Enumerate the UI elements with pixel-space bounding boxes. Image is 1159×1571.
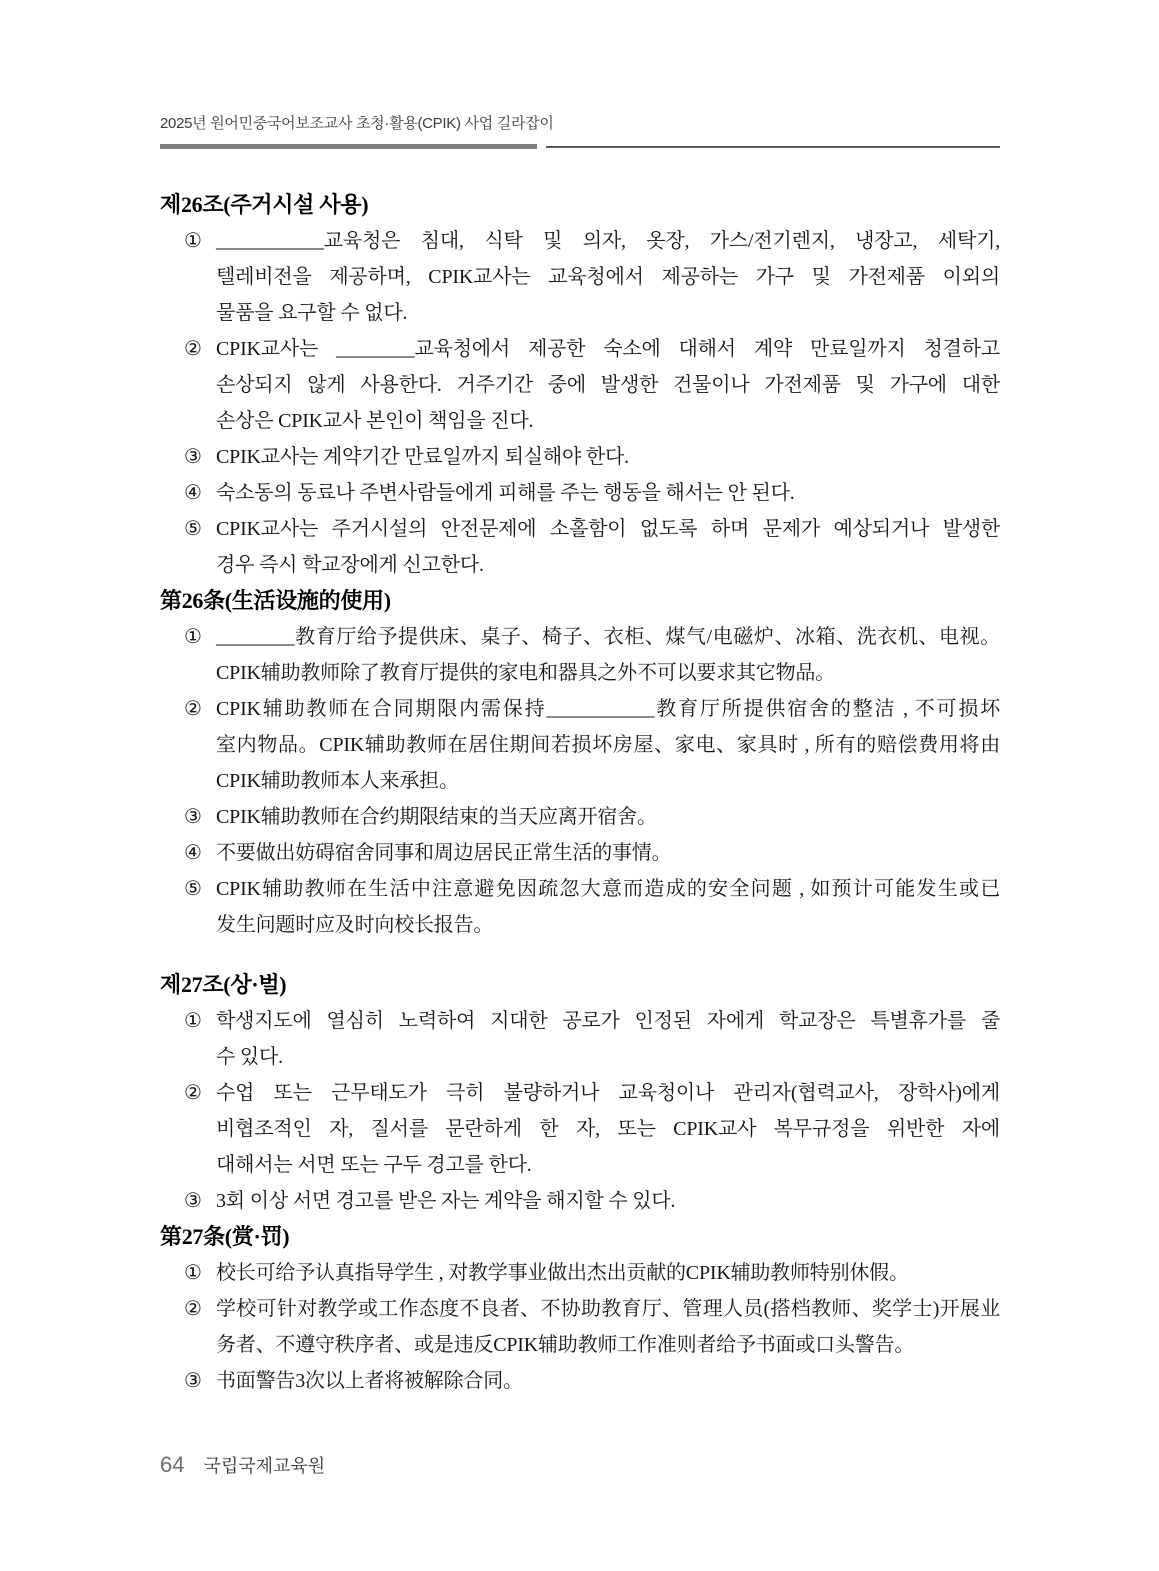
text-line: CPIK辅助教师在合同期限内需保持___________教育厅所提供宿舍的整洁 … [216, 691, 1000, 727]
section-article26-zh: 第26条(生活设施的使用) ① ________教育厅给予提供床、桌子、椅子、衣… [160, 583, 1000, 943]
list-item: ② CPIK교사는 ________교육청에서 제공한 숙소에 대해서 계약 만… [160, 331, 1000, 439]
text-line: 校长可给予认真指导学生 , 对教学事业做出杰出贡献的CPIK辅助教师特别休假。 [216, 1255, 1000, 1291]
item-text: 学校可针对教学或工作态度不良者、不协助教育厅、管理人员(搭档教师、奖学士)开展业… [216, 1291, 1000, 1363]
list-item: ⑤ CPIK辅助教师在生活中注意避免因疏忽大意而造成的安全问题 , 如预计可能发… [160, 871, 1000, 943]
text-line: 务者、不遵守秩序者、或是违反CPIK辅助教师工作准则者给予书面或口头警告。 [216, 1327, 1000, 1363]
header-title: 2025년 원어민중국어보조교사 초청·활용(CPIK) 사업 길라잡이 [160, 112, 1000, 133]
list-item: ② CPIK辅助教师在合同期限内需保持___________教育厅所提供宿舍的整… [160, 691, 1000, 799]
text-line: 손상은 CPIK교사 본인이 책임을 진다. [216, 403, 1000, 439]
item-text: CPIK교사는 ________교육청에서 제공한 숙소에 대해서 계약 만료일… [216, 331, 1000, 439]
item-marker: ③ [184, 1183, 202, 1219]
text-line: 不要做出妨碍宿舍同事和周边居民正常生活的事情。 [216, 835, 1000, 871]
text-line: 3회 이상 서면 경고를 받은 자는 계약을 해지할 수 있다. [216, 1183, 1000, 1219]
item-list: ① 학생지도에 열심히 노력하여 지대한 공로가 인정된 자에게 학교장은 특별… [160, 1003, 1000, 1219]
list-item: ③ CPIK교사는 계약기간 만료일까지 퇴실해야 한다. [160, 439, 1000, 475]
item-text: CPIK교사는 주거시설의 안전문제에 소홀함이 없도록 하며 문제가 예상되거… [216, 511, 1000, 583]
header-rule-thick [160, 144, 537, 149]
text-line: CPIK교사는 계약기간 만료일까지 퇴실해야 한다. [216, 439, 1000, 475]
text-line: 书面警告3次以上者将被解除合同。 [216, 1363, 1000, 1399]
text-line: CPIK辅助教师在合约期限结束的当天应离开宿舍。 [216, 799, 1000, 835]
text-line: CPIK교사는 ________교육청에서 제공한 숙소에 대해서 계약 만료일… [216, 331, 1000, 367]
item-text: ________教育厅给予提供床、桌子、椅子、衣柜、煤气/电磁炉、冰箱、洗衣机、… [216, 619, 1000, 691]
item-marker: ① [184, 619, 202, 655]
text-line: CPIK辅助教师除了教育厅提供的家电和器具之外不可以要求其它物品。 [216, 655, 1000, 691]
section-title-article27-ko: 제27조(상·벌) [160, 967, 1000, 1003]
header-rule [160, 144, 1000, 149]
item-list: ① 校长可给予认真指导学生 , 对教学事业做出杰出贡献的CPIK辅助教师特别休假… [160, 1255, 1000, 1399]
list-item: ⑤ CPIK교사는 주거시설의 안전문제에 소홀함이 없도록 하며 문제가 예상… [160, 511, 1000, 583]
text-line: 비협조적인 자, 질서를 문란하게 한 자, 또는 CPIK교사 복무규정을 위… [216, 1111, 1000, 1147]
section-article27-zh: 第27条(赏·罚) ① 校长可给予认真指导学生 , 对教学事业做出杰出贡献的CP… [160, 1219, 1000, 1399]
item-marker: ① [184, 223, 202, 259]
text-line: 경우 즉시 학교장에게 신고한다. [216, 547, 1000, 583]
item-marker: ④ [184, 835, 202, 871]
item-text: CPIK辅助教师在合同期限内需保持___________教育厅所提供宿舍的整洁 … [216, 691, 1000, 799]
item-marker: ① [184, 1255, 202, 1291]
list-item: ① ___________교육청은 침대, 식탁 및 의자, 옷장, 가스/전기… [160, 223, 1000, 331]
item-list: ① ________教育厅给予提供床、桌子、椅子、衣柜、煤气/电磁炉、冰箱、洗衣… [160, 619, 1000, 943]
item-marker: ③ [184, 439, 202, 475]
item-text: ___________교육청은 침대, 식탁 및 의자, 옷장, 가스/전기렌지… [216, 223, 1000, 331]
item-marker: ② [184, 1291, 202, 1327]
item-marker: ⑤ [184, 511, 202, 547]
list-item: ③ CPIK辅助教师在合约期限结束的当天应离开宿舍。 [160, 799, 1000, 835]
section-title-article27-zh: 第27条(赏·罚) [160, 1219, 1000, 1255]
item-text: 书面警告3次以上者将被解除合同。 [216, 1363, 1000, 1399]
section-title-article26-ko: 제26조(주거시설 사용) [160, 187, 1000, 223]
list-item: ① ________教育厅给予提供床、桌子、椅子、衣柜、煤气/电磁炉、冰箱、洗衣… [160, 619, 1000, 691]
text-line: 수업 또는 근무태도가 극히 불량하거나 교육청이나 관리자(협력교사, 장학사… [216, 1075, 1000, 1111]
item-text: CPIK辅助教师在合约期限结束的当天应离开宿舍。 [216, 799, 1000, 835]
page-footer: 64 국립국제교육원 [160, 1452, 325, 1478]
text-line: 대해서는 서면 또는 구두 경고를 한다. [216, 1147, 1000, 1183]
text-line: 학생지도에 열심히 노력하여 지대한 공로가 인정된 자에게 학교장은 특별휴가… [216, 1003, 1000, 1039]
item-text: 校长可给予认真指导学生 , 对教学事业做出杰出贡献的CPIK辅助教师特别休假。 [216, 1255, 1000, 1291]
list-item: ③ 书面警告3次以上者将被解除合同。 [160, 1363, 1000, 1399]
section-article26-ko: 제26조(주거시설 사용) ① ___________교육청은 침대, 식탁 및… [160, 187, 1000, 583]
list-item: ② 学校可针对教学或工作态度不良者、不协助教育厅、管理人员(搭档教师、奖学士)开… [160, 1291, 1000, 1363]
document-page: 2025년 원어민중국어보조교사 초청·활용(CPIK) 사업 길라잡이 제26… [0, 0, 1159, 1571]
list-item: ① 학생지도에 열심히 노력하여 지대한 공로가 인정된 자에게 학교장은 특별… [160, 1003, 1000, 1075]
page-header: 2025년 원어민중국어보조교사 초청·활용(CPIK) 사업 길라잡이 [160, 112, 1000, 149]
text-line: ________教育厅给予提供床、桌子、椅子、衣柜、煤气/电磁炉、冰箱、洗衣机、… [216, 619, 1000, 655]
item-marker: ② [184, 1075, 202, 1111]
text-line: 손상되지 않게 사용한다. 거주기간 중에 발생한 건물이나 가전제품 및 가구… [216, 367, 1000, 403]
section-article27-ko: 제27조(상·벌) ① 학생지도에 열심히 노력하여 지대한 공로가 인정된 자… [160, 967, 1000, 1219]
item-marker: ② [184, 691, 202, 727]
item-text: 숙소동의 동료나 주변사람들에게 피해를 주는 행동을 해서는 안 된다. [216, 475, 1000, 511]
list-item: ④ 숙소동의 동료나 주변사람들에게 피해를 주는 행동을 해서는 안 된다. [160, 475, 1000, 511]
text-line: CPIK교사는 주거시설의 안전문제에 소홀함이 없도록 하며 문제가 예상되거… [216, 511, 1000, 547]
footer-org: 국립국제교육원 [203, 1452, 325, 1478]
item-marker: ① [184, 1003, 202, 1039]
text-line: ___________교육청은 침대, 식탁 및 의자, 옷장, 가스/전기렌지… [216, 223, 1000, 259]
item-marker: ③ [184, 1363, 202, 1399]
item-marker: ③ [184, 799, 202, 835]
list-item: ① 校长可给予认真指导学生 , 对教学事业做出杰出贡献的CPIK辅助教师特别休假… [160, 1255, 1000, 1291]
item-text: 3회 이상 서면 경고를 받은 자는 계약을 해지할 수 있다. [216, 1183, 1000, 1219]
item-text: CPIK교사는 계약기간 만료일까지 퇴실해야 한다. [216, 439, 1000, 475]
page-content: 2025년 원어민중국어보조교사 초청·활용(CPIK) 사업 길라잡이 제26… [0, 0, 1159, 1399]
list-item: ③ 3회 이상 서면 경고를 받은 자는 계약을 해지할 수 있다. [160, 1183, 1000, 1219]
text-line: 发生问题时应及时向校长报告。 [216, 907, 1000, 943]
text-line: 수 있다. [216, 1039, 1000, 1075]
section-title-article26-zh: 第26条(生活设施的使用) [160, 583, 1000, 619]
text-line: 숙소동의 동료나 주변사람들에게 피해를 주는 행동을 해서는 안 된다. [216, 475, 1000, 511]
text-line: CPIK辅助教师在生活中注意避免因疏忽大意而造成的安全问题 , 如预计可能发生或… [216, 871, 1000, 907]
document-body: 제26조(주거시설 사용) ① ___________교육청은 침대, 식탁 및… [160, 187, 1000, 1399]
page-number: 64 [160, 1452, 184, 1478]
list-item: ④ 不要做出妨碍宿舍同事和周边居民正常生活的事情。 [160, 835, 1000, 871]
text-line: 텔레비전을 제공하며, CPIK교사는 교육청에서 제공하는 가구 및 가전제품… [216, 259, 1000, 295]
item-list: ① ___________교육청은 침대, 식탁 및 의자, 옷장, 가스/전기… [160, 223, 1000, 583]
text-line: CPIK辅助教师本人来承担。 [216, 763, 1000, 799]
text-line: 室内物品。CPIK辅助教师在居住期间若损坏房屋、家电、家具时 , 所有的赔偿费用… [216, 727, 1000, 763]
item-text: CPIK辅助教师在生活中注意避免因疏忽大意而造成的安全问题 , 如预计可能发生或… [216, 871, 1000, 943]
item-text: 수업 또는 근무태도가 극히 불량하거나 교육청이나 관리자(협력교사, 장학사… [216, 1075, 1000, 1183]
item-marker: ② [184, 331, 202, 367]
item-text: 학생지도에 열심히 노력하여 지대한 공로가 인정된 자에게 학교장은 특별휴가… [216, 1003, 1000, 1075]
text-line: 学校可针对教学或工作态度不良者、不协助教育厅、管理人员(搭档教师、奖学士)开展业 [216, 1291, 1000, 1327]
text-line: 물품을 요구할 수 없다. [216, 295, 1000, 331]
header-rule-thin [546, 146, 1000, 148]
item-marker: ⑤ [184, 871, 202, 907]
list-item: ② 수업 또는 근무태도가 극히 불량하거나 교육청이나 관리자(협력교사, 장… [160, 1075, 1000, 1183]
item-marker: ④ [184, 475, 202, 511]
item-text: 不要做出妨碍宿舍同事和周边居民正常生活的事情。 [216, 835, 1000, 871]
